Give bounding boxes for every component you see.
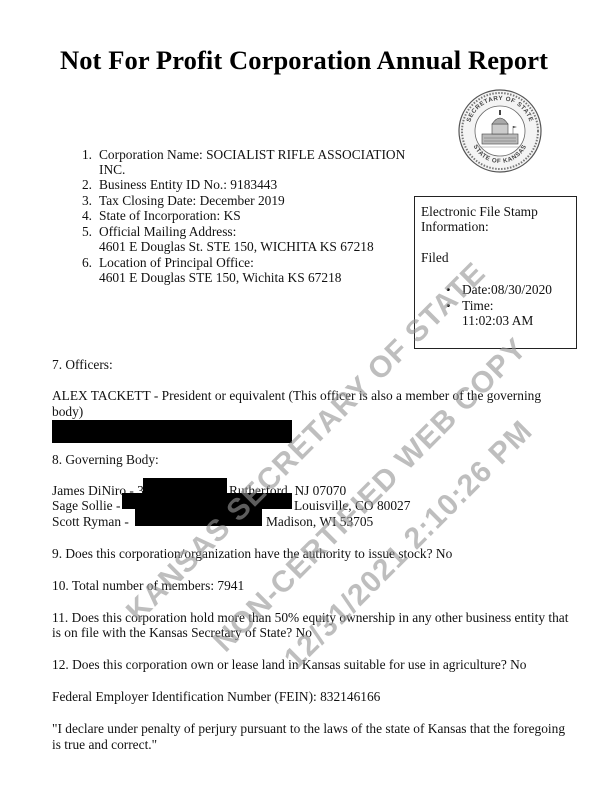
officer-line-cont: body) — [52, 404, 83, 419]
governing-member-location: Madison, WI 53705 — [266, 514, 373, 529]
stamp-date: Date:08/30/2020 — [462, 282, 552, 297]
officers-heading: 7. Officers: — [52, 357, 113, 372]
stamp-heading-cont: Information: — [421, 219, 489, 234]
governing-member: Sage Sollie - — [52, 498, 120, 513]
list-item-continuation: 4601 E Douglas STE 150, Wichita KS 67218 — [99, 270, 341, 285]
question-9: 9. Does this corporation/organization ha… — [52, 546, 452, 561]
governing-body-heading: 8. Governing Body: — [52, 452, 159, 467]
electronic-file-stamp: Electronic File Stamp Information: Filed… — [414, 196, 577, 349]
governing-member-location: Louisville, CO 80027 — [294, 498, 410, 513]
declaration-cont: is true and correct." — [52, 737, 157, 752]
question-10: 10. Total number of members: 7941 — [52, 578, 244, 593]
redaction-block — [143, 478, 227, 494]
bullet-icon: • — [446, 298, 451, 314]
redaction-block — [122, 493, 292, 509]
list-item: 5.Official Mailing Address: — [70, 224, 236, 239]
stamp-time-value: 11:02:03 AM — [462, 313, 533, 328]
list-item: 2.Business Entity ID No.: 9183443 — [70, 177, 277, 192]
declaration: "I declare under penalty of perjury purs… — [52, 721, 565, 736]
officer-line: ALEX TACKETT - President or equivalent (… — [52, 388, 541, 403]
fein: Federal Employer Identification Number (… — [52, 689, 380, 704]
stamp-status: Filed — [421, 250, 449, 265]
redaction-block — [52, 420, 292, 443]
question-12: 12. Does this corporation own or lease l… — [52, 657, 527, 672]
stamp-heading: Electronic File Stamp — [421, 204, 538, 219]
question-11-cont: is on file with the Kansas Secretary of … — [52, 625, 312, 640]
document-title: Not For Profit Corporation Annual Report — [0, 45, 608, 76]
list-item: 4.State of Incorporation: KS — [70, 208, 241, 223]
question-11: 11. Does this corporation hold more than… — [52, 610, 568, 625]
redaction-block — [135, 509, 262, 526]
governing-member: Scott Ryman - — [52, 514, 129, 529]
stamp-time-label: Time: — [462, 298, 494, 313]
list-item: 6.Location of Principal Office: — [70, 255, 254, 270]
list-item: 3.Tax Closing Date: December 2019 — [70, 193, 285, 208]
list-item: 1.Corporation Name: SOCIALIST RIFLE ASSO… — [70, 147, 405, 162]
bullet-icon: • — [446, 282, 451, 298]
kansas-seal-icon: SECRETARY OF STATE STATE OF KANSAS — [457, 88, 543, 174]
list-item-continuation: INC. — [99, 162, 125, 177]
list-item-continuation: 4601 E Douglas St. STE 150, WICHITA KS 6… — [99, 239, 374, 254]
